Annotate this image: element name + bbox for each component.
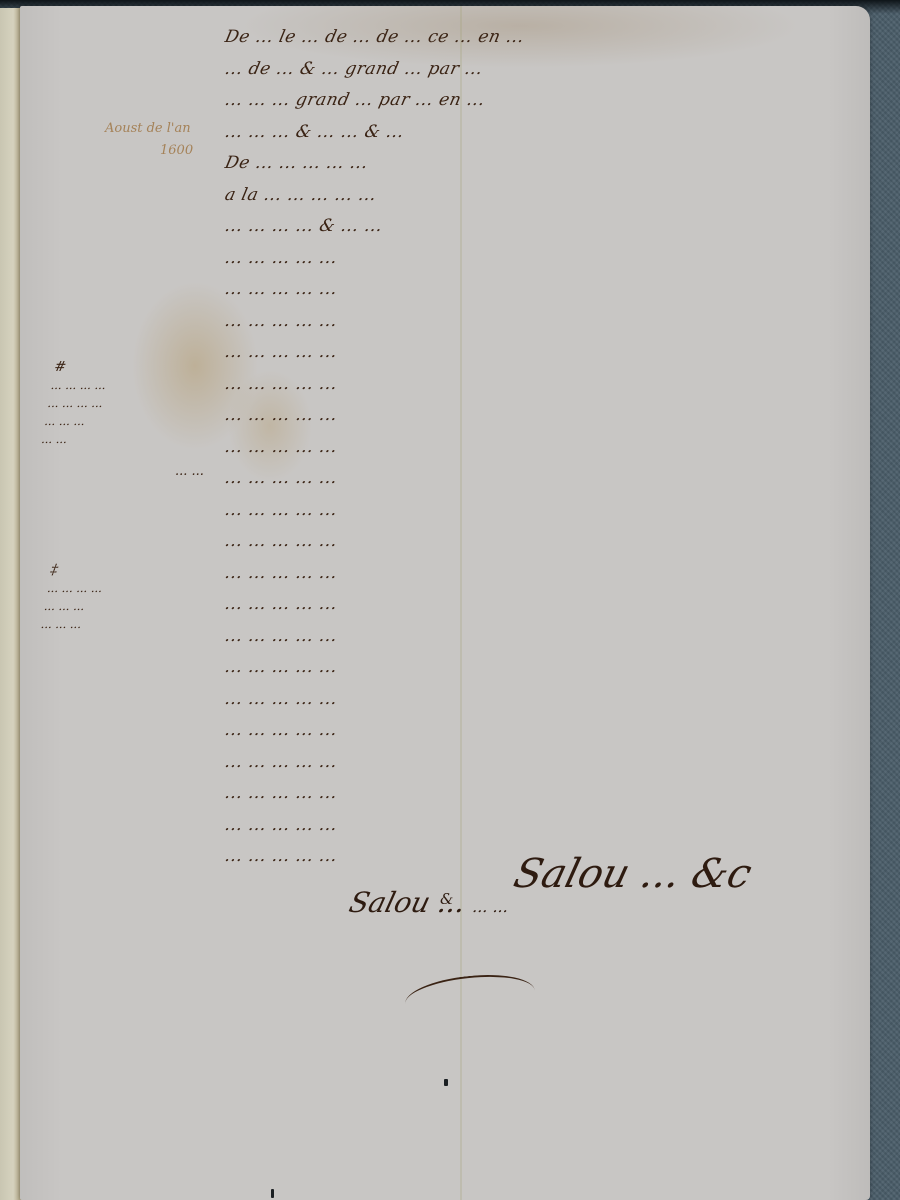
margin-note-line: ... ... ... ... bbox=[46, 394, 239, 412]
margin-date: Aoust de l'an 1600 bbox=[105, 118, 225, 162]
counter-signature-name: Salou ... bbox=[346, 886, 470, 919]
note-mark: ‡ bbox=[49, 561, 232, 579]
paper-hole bbox=[444, 1079, 448, 1086]
margin-note-line: ... ... ... bbox=[43, 412, 236, 430]
body-line: ... ... ... ... ... bbox=[222, 243, 869, 275]
body-line: ... ... ... ... ... bbox=[222, 652, 869, 684]
body-line: ... ... ... ... ... bbox=[222, 621, 869, 653]
body-line: De ... ... ... ... ... bbox=[222, 148, 869, 180]
signature: Salou ... &c bbox=[509, 851, 756, 897]
margin-note-line: ... ... ... ... bbox=[46, 579, 229, 597]
paper-hole bbox=[271, 1189, 274, 1198]
margin-note-1: # ... ... ... ... ... ... ... ... ... ..… bbox=[40, 358, 246, 448]
body-line: ... ... ... ... ... bbox=[222, 495, 869, 527]
pen-flourish bbox=[403, 969, 537, 1024]
body-line: ... de ... & ... grand ... par ... bbox=[222, 54, 869, 86]
body-line: ... ... ... ... ... bbox=[222, 306, 869, 338]
body-line: ... ... ... ... ... bbox=[222, 274, 869, 306]
body-line: De ... le ... de ... de ... ce ... en ..… bbox=[222, 22, 869, 54]
body-line: ... ... ... ... ... bbox=[222, 463, 869, 495]
note-mark: # bbox=[53, 358, 246, 376]
body-line: ... ... ... & ... ... & ... bbox=[222, 117, 869, 149]
body-text: De ... le ... de ... de ... ce ... en ..… bbox=[225, 22, 865, 873]
body-line: ... ... ... ... ... bbox=[222, 810, 869, 842]
body-line: ... ... ... ... ... bbox=[222, 589, 869, 621]
body-line: ... ... ... ... ... bbox=[222, 747, 869, 779]
manuscript-page: Aoust de l'an 1600 De ... le ... de ... … bbox=[20, 6, 870, 1200]
margin-note-2: ‡ ... ... ... ... ... ... ... ... ... ..… bbox=[40, 561, 233, 633]
margin-note-line: ... ... ... ... bbox=[50, 376, 243, 394]
margin-tail: ... ... bbox=[175, 464, 204, 479]
body-line: ... ... ... ... ... bbox=[222, 684, 869, 716]
margin-date-year: 1600 bbox=[105, 140, 225, 162]
body-line: ... ... ... ... ... bbox=[222, 558, 869, 590]
body-line: a la ... ... ... ... ... bbox=[222, 180, 869, 212]
margin-date-line: Aoust de l'an bbox=[105, 118, 225, 140]
body-line: ... ... ... ... ... bbox=[222, 432, 869, 464]
body-line: ... ... ... ... ... bbox=[222, 400, 869, 432]
margin-note-line: ... ... ... bbox=[40, 615, 223, 633]
body-line: ... ... ... ... ... bbox=[222, 337, 869, 369]
body-line: ... ... ... ... ... bbox=[222, 369, 869, 401]
body-line: ... ... ... ... ... bbox=[222, 778, 869, 810]
margin-note-line: ... ... bbox=[40, 430, 233, 448]
body-line: ... ... ... ... ... bbox=[222, 715, 869, 747]
body-line: ... ... ... grand ... par ... en ... bbox=[222, 85, 869, 117]
counter-signature-suffix: ... ... bbox=[471, 897, 511, 916]
body-line: ... ... ... ... & ... ... bbox=[222, 211, 869, 243]
counter-signature: Salou ... ... ... bbox=[346, 886, 514, 919]
margin-note-line: ... ... ... bbox=[43, 597, 226, 615]
body-line: ... ... ... ... ... bbox=[222, 526, 869, 558]
